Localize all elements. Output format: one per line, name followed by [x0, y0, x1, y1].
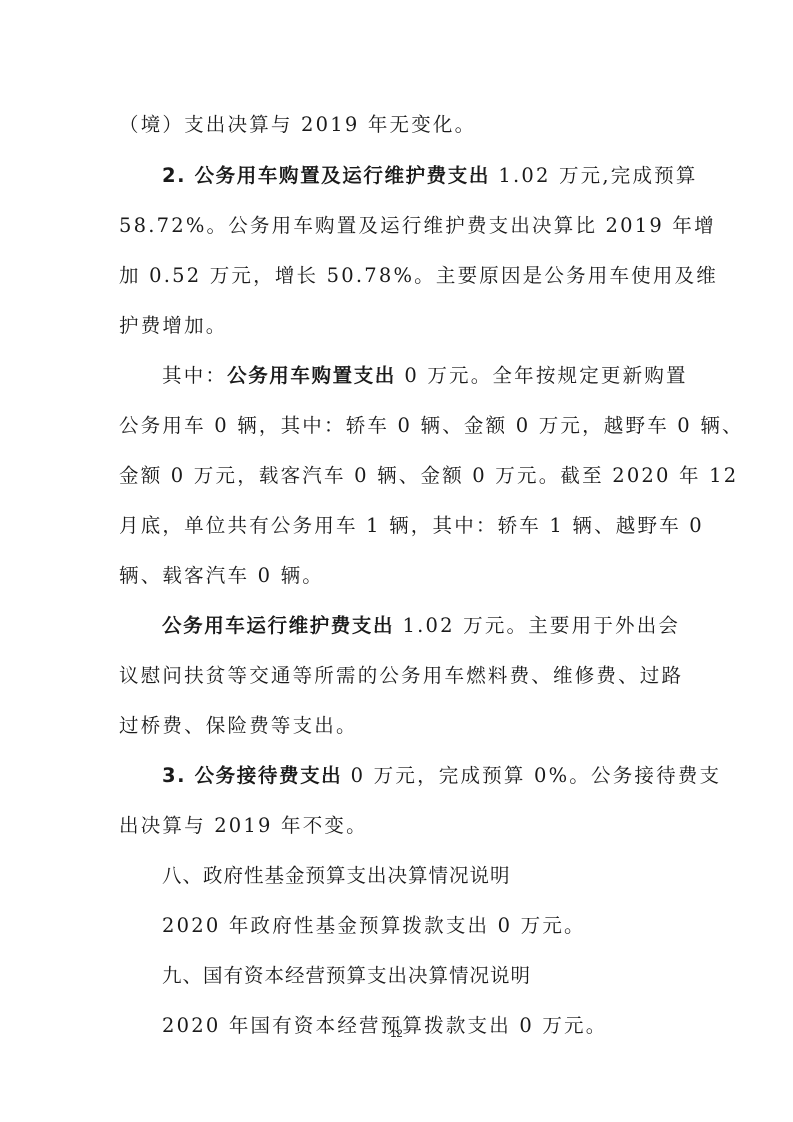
text: 0 万元，完成预算 0%。公务接待费支: [342, 764, 721, 787]
item-heading-vehicle-costs: 2. 公务用车购置及运行维护费支出 1.02 万元,完成预算: [162, 163, 722, 189]
text: 58.72%。公务用车购置及运行维护费支出决算比 2019 年增: [119, 214, 716, 237]
heading-text: 九、国有资本经营预算支出决算情况说明: [162, 964, 531, 987]
text-line: 2020 年政府性基金预算拨款支出 0 万元。: [162, 913, 722, 939]
text-line: 辆、载客汽车 0 辆。: [119, 563, 679, 589]
text-line: 金额 0 万元，载客汽车 0 辆、金额 0 万元。截至 2020 年 12: [119, 463, 679, 489]
bold-text: 2. 公务用车购置及运行维护费支出: [162, 164, 490, 187]
page-number: 12: [0, 1028, 793, 1040]
text: 加 0.52 万元，增长 50.78%。主要原因是公务用车使用及维: [119, 264, 718, 287]
text: 月底，单位共有公务用车 1 辆，其中：轿车 1 辆、越野车 0: [119, 514, 704, 537]
text: 议慰问扶贫等交通等所需的公务用车燃料费、维修费、过路: [119, 664, 683, 687]
heading-text: 八、政府性基金预算支出决算情况说明: [162, 864, 511, 887]
document-page: （境）支出决算与 2019 年无变化。 2. 公务用车购置及运行维护费支出 1.…: [0, 0, 793, 1122]
text-line: 护费增加。: [119, 313, 679, 339]
text-line: 58.72%。公务用车购置及运行维护费支出决算比 2019 年增: [119, 213, 679, 239]
text: 1.02 万元。主要用于外出会: [394, 614, 680, 637]
text: 2020 年政府性基金预算拨款支出 0 万元。: [162, 914, 586, 937]
text-line: 公务用车运行维护费支出 1.02 万元。主要用于外出会: [162, 613, 722, 639]
text-line: 其中：公务用车购置支出 0 万元。全年按规定更新购置: [162, 363, 722, 389]
text-line: 出决算与 2019 年不变。: [119, 813, 679, 839]
item-heading-reception: 3. 公务接待费支出 0 万元，完成预算 0%。公务接待费支: [162, 763, 722, 789]
text: 0 万元。全年按规定更新购置: [396, 364, 688, 387]
text: 出决算与 2019 年不变。: [119, 814, 368, 837]
section-heading-9: 九、国有资本经营预算支出决算情况说明: [162, 963, 722, 989]
text: 其中：: [162, 364, 227, 387]
text: 护费增加。: [119, 314, 228, 337]
bold-text: 公务用车购置支出: [227, 364, 396, 387]
text-line: 过桥费、保险费等支出。: [119, 713, 679, 739]
text-line: 加 0.52 万元，增长 50.78%。主要原因是公务用车使用及维: [119, 263, 679, 289]
bold-text: 公务用车运行维护费支出: [162, 614, 394, 637]
text-line: 月底，单位共有公务用车 1 辆，其中：轿车 1 辆、越野车 0: [119, 513, 679, 539]
text-line: 议慰问扶贫等交通等所需的公务用车燃料费、维修费、过路: [119, 663, 679, 689]
text: 1.02 万元,完成预算: [490, 164, 698, 187]
text: 过桥费、保险费等支出。: [119, 714, 358, 737]
text: （境）支出决算与 2019 年无变化。: [119, 113, 476, 136]
text: 公务用车 0 辆，其中：轿车 0 辆、金额 0 万元，越野车 0 辆、: [119, 414, 744, 437]
text: 辆、载客汽车 0 辆。: [119, 564, 324, 587]
bold-text: 3. 公务接待费支出: [162, 764, 342, 787]
text-line: 公务用车 0 辆，其中：轿车 0 辆、金额 0 万元，越野车 0 辆、: [119, 413, 679, 439]
text: 金额 0 万元，载客汽车 0 辆、金额 0 万元。截至 2020 年 12: [119, 464, 738, 487]
text-line: （境）支出决算与 2019 年无变化。: [119, 112, 679, 138]
section-heading-8: 八、政府性基金预算支出决算情况说明: [162, 863, 722, 889]
